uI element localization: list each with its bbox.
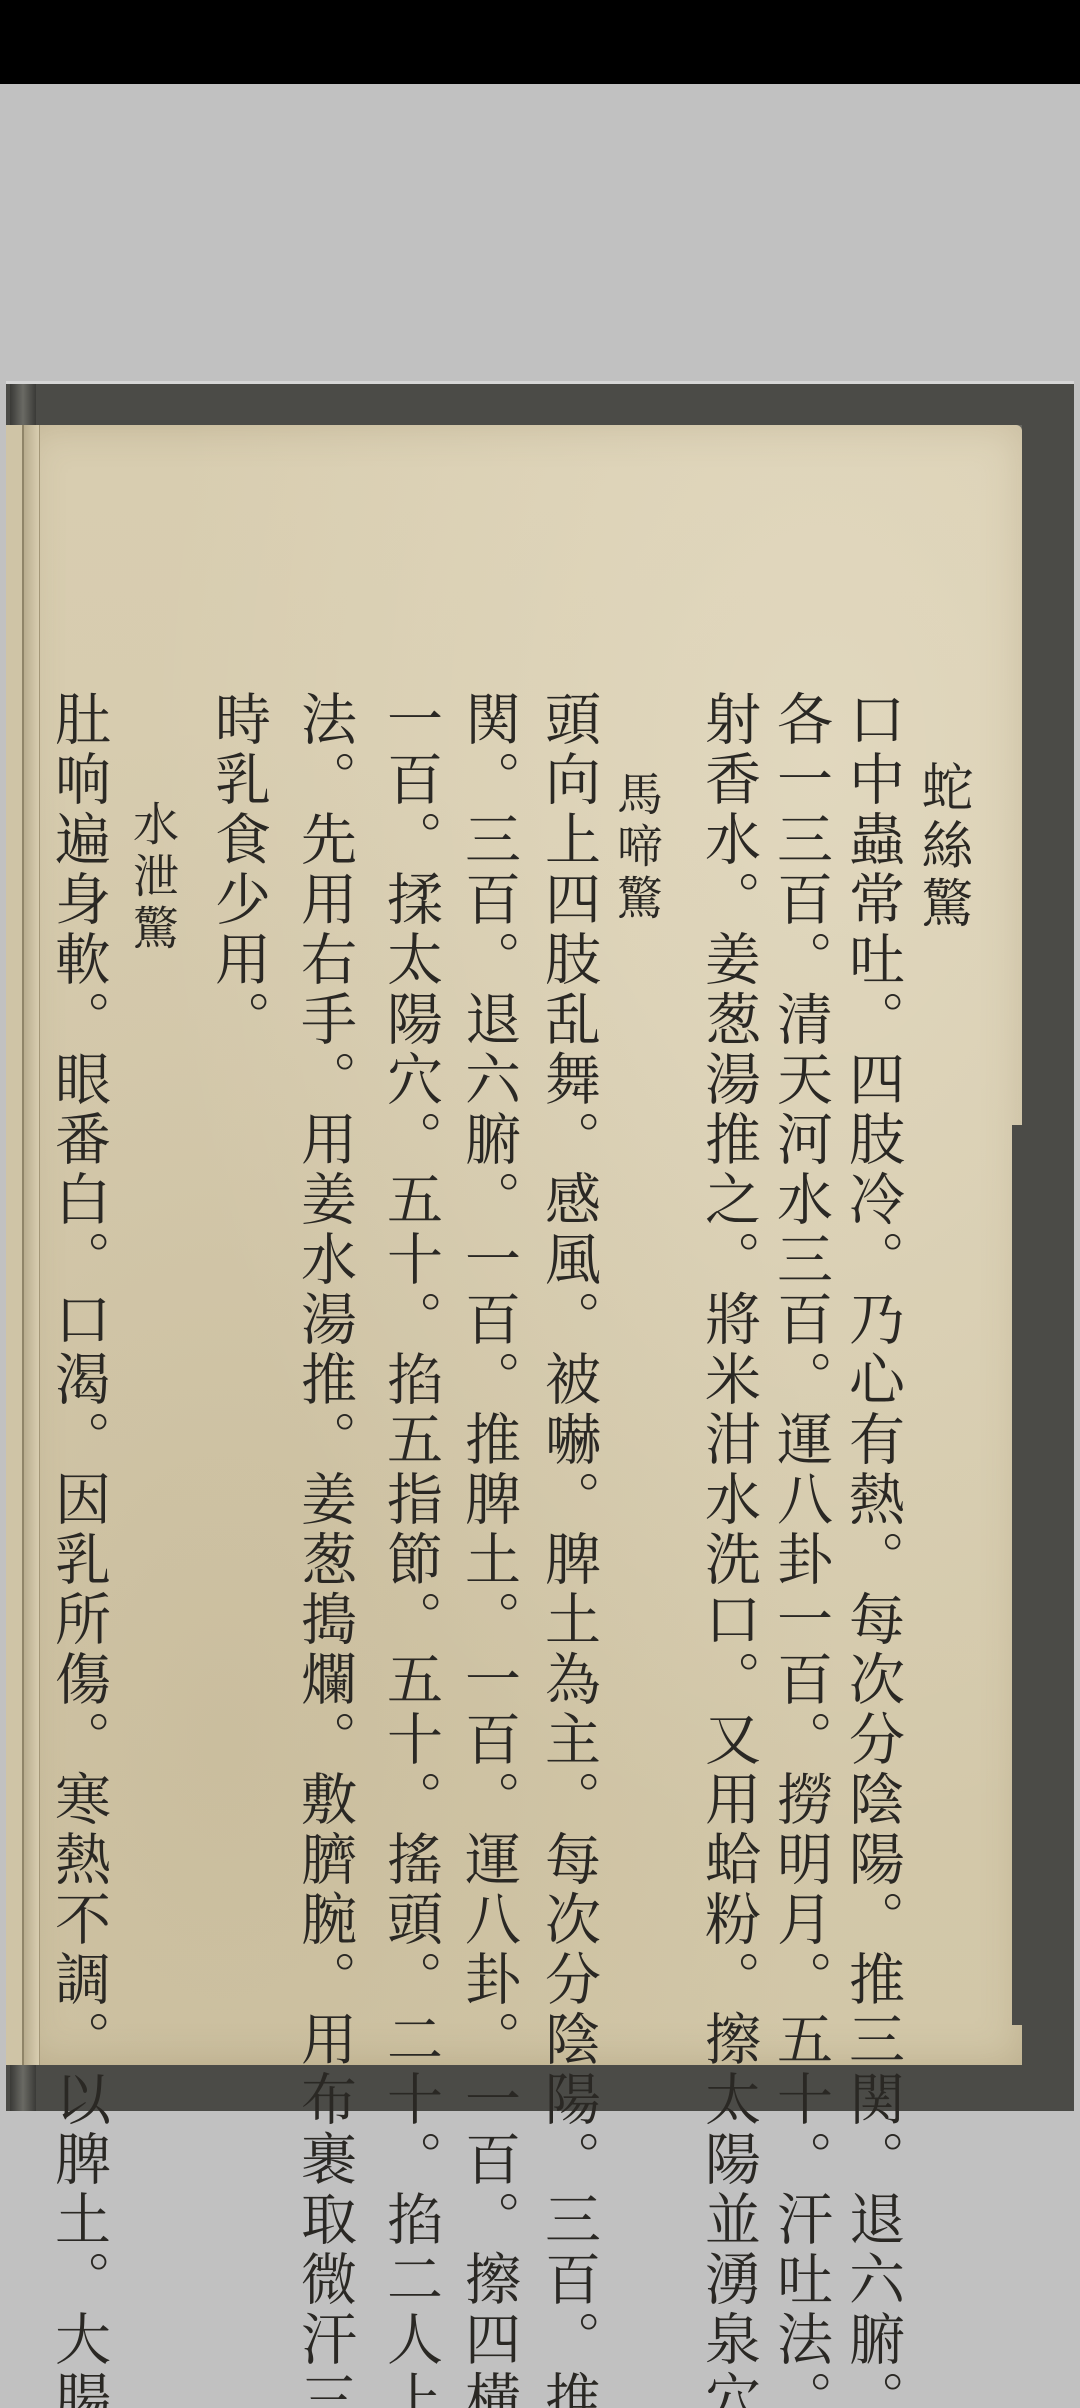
section-title-snake-silk-convulsion: 蛇絲驚 [912,760,982,2320]
text-column: 射香水。姜葱湯推之。將米泔水洗口。又用蛤粉。擦太陽並湧泉穴。 [688,690,768,2250]
text-column: 口中蟲常吐。四肢冷。乃心有熱。每次分陰陽。推三関。退六腑。 [832,690,912,2250]
text-column: 関。三百。退六腑。一百。推脾土。一百。運八卦。一百。擦四橫紋。五十。清天河水 [448,690,528,2250]
section-title-watery-diarrhea-convulsion: 水泄驚 [128,800,188,2360]
text-column: 頭向上四肢乱舞。感風。被嚇。脾土為主。每次分陰陽。三百。推三 [528,690,608,2250]
text-column: 法。先用右手。用姜水湯推。姜葱搗爛。敷臍腕。用布裹取微汗三 [284,690,364,2250]
text-column: 一百。揉太陽穴。五十。掐五指節。五十。搖頭。二十。掐二人上馬。五十。汗吐 [370,690,450,2250]
section-title-horse-hoof-convulsion: 馬啼驚 [612,770,672,2330]
status-bar [0,0,1080,84]
text-column: 肚响遍身軟。眼番白。口渴。因乳所傷。寒熱不調。以脾土。大腸。為主。 [38,690,118,2250]
text-column: 時乳食少用。 [198,690,278,2250]
text-column: 各一三百。清天河水三百。運八卦一百。撈明月。五十。汗吐法。先用 [760,690,840,2250]
previous-page-edge [6,425,24,2065]
page-edge [1012,1125,1022,2025]
